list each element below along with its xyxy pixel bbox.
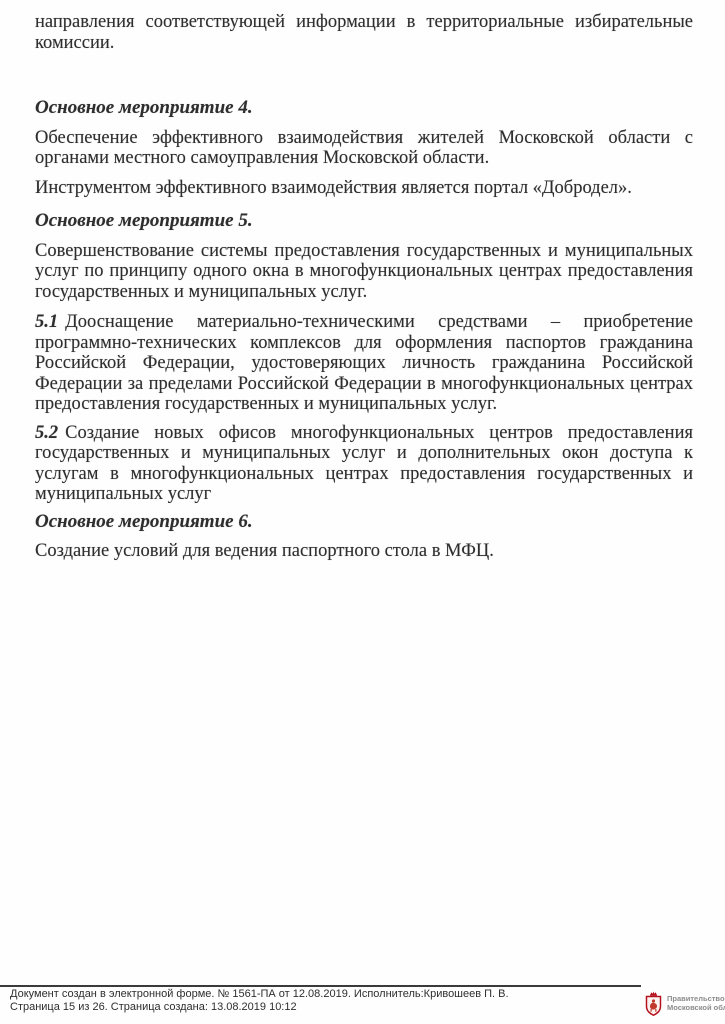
scanned-document-page: направления соответствующей информации в… xyxy=(0,0,725,1024)
document-body: направления соответствующей информации в… xyxy=(35,0,693,562)
paragraph: Обеспечение эффективного взаимодействия … xyxy=(35,128,693,169)
logo-caption-line-1: Правительство xyxy=(667,994,725,1003)
paragraph: Совершенствование системы предоставления… xyxy=(35,241,693,303)
paragraph-text: Дооснащение материально-техническими сре… xyxy=(35,312,693,414)
paragraph: Инструментом эффективного взаимодействия… xyxy=(35,178,693,199)
moscow-oblast-coat-of-arms-icon xyxy=(645,991,662,1016)
section-heading-6: Основное мероприятие 6. xyxy=(35,512,693,533)
paragraph-continuation: направления соответствующей информации в… xyxy=(35,12,693,53)
logo-caption-line-2: Московской области xyxy=(667,1003,725,1012)
paragraph-number: 5.1 xyxy=(35,312,58,332)
section-heading-4: Основное мероприятие 4. xyxy=(35,98,693,119)
numbered-paragraph-5-1: 5.1Дооснащение материально-техническими … xyxy=(35,312,693,415)
footer-divider xyxy=(0,985,641,987)
paragraph-text: Создание новых офисов многофункциональны… xyxy=(35,423,693,505)
section-heading-5: Основное мероприятие 5. xyxy=(35,211,693,232)
logo-caption: Правительство Московской области xyxy=(667,991,725,1012)
footer-line-1: Документ создан в электронной форме. № 1… xyxy=(10,988,630,1001)
paragraph: Создание условий для ведения паспортного… xyxy=(35,541,693,562)
paragraph-number: 5.2 xyxy=(35,423,58,443)
footer-stamp: Документ создан в электронной форме. № 1… xyxy=(10,988,630,1014)
footer-line-2: Страница 15 из 26. Страница создана: 13.… xyxy=(10,1001,630,1014)
numbered-paragraph-5-2: 5.2Создание новых офисов многофункционал… xyxy=(35,423,693,505)
government-logo: Правительство Московской области xyxy=(645,991,725,1016)
